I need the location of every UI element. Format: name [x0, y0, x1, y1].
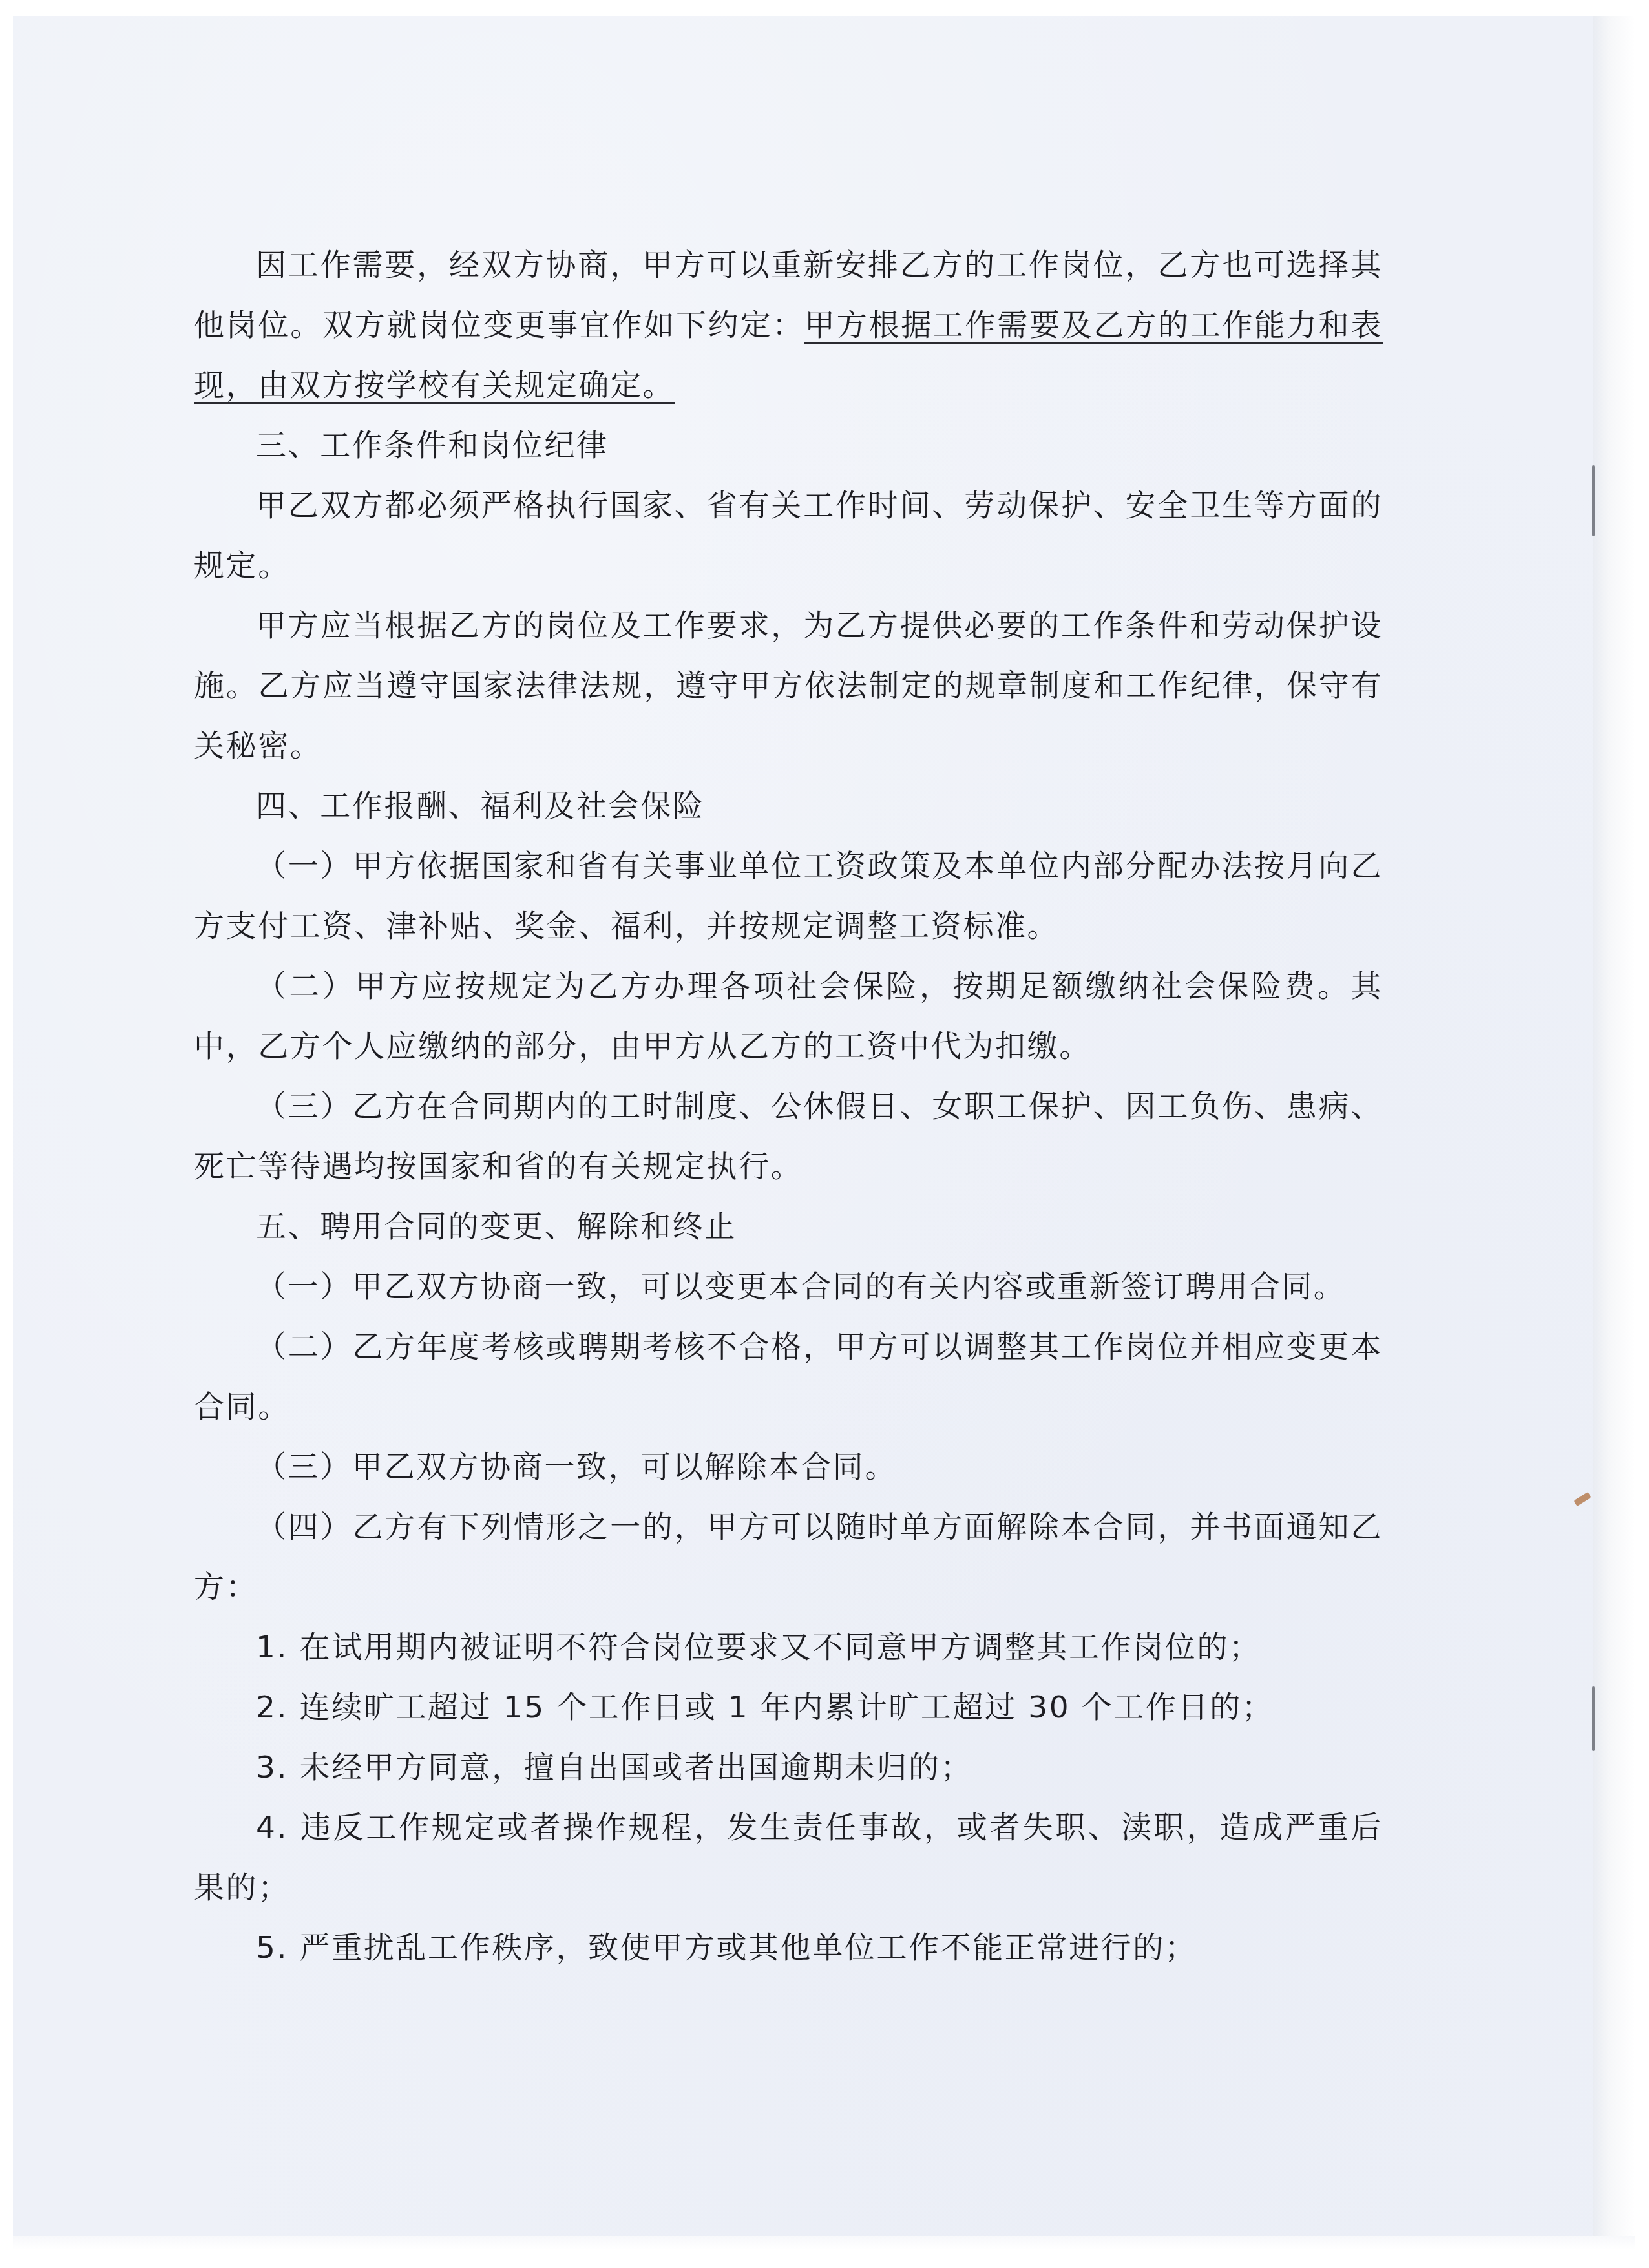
paragraph: （三）甲乙双方协商一致，可以解除本合同。 — [194, 1437, 1383, 1497]
list-item: 3. 未经甲方同意，擅自出国或者出国逾期未归的； — [194, 1738, 1383, 1798]
paragraph: （一）甲乙双方协商一致，可以变更本合同的有关内容或重新签订聘用合同。 — [194, 1257, 1383, 1317]
section-heading-5: 五、聘用合同的变更、解除和终止 — [194, 1197, 1383, 1257]
paragraph: （二）甲方应按规定为乙方办理各项社会保险，按期足额缴纳社会保险费。其中，乙方个人… — [194, 956, 1383, 1076]
section-heading-3: 三、工作条件和岗位纪律 — [194, 415, 1383, 476]
list-item: 4. 违反工作规定或者操作规程，发生责任事故，或者失职、渎职，造成严重后果的； — [194, 1798, 1383, 1918]
staple-icon — [1592, 465, 1595, 536]
list-item: 2. 连续旷工超过 15 个工作日或 1 年内累计旷工超过 30 个工作日的； — [194, 1677, 1383, 1738]
paragraph: （四）乙方有下列情形之一的，甲方可以随时单方面解除本合同，并书面通知乙方： — [194, 1497, 1383, 1617]
list-item: 1. 在试用期内被证明不符合岗位要求又不同意甲方调整其工作岗位的； — [194, 1617, 1383, 1677]
paragraph: （三）乙方在合同期内的工时制度、公休假日、女职工保护、因工负伤、患病、死亡等待遇… — [194, 1076, 1383, 1197]
staple-icon — [1592, 1686, 1595, 1751]
paragraph: 甲乙双方都必须严格执行国家、省有关工作时间、劳动保护、安全卫生等方面的规定。 — [194, 476, 1383, 596]
paragraph: （二）乙方年度考核或聘期考核不合格，甲方可以调整其工作岗位并相应变更本合同。 — [194, 1317, 1383, 1437]
position-change-paragraph: 因工作需要，经双方协商，甲方可以重新安排乙方的工作岗位，乙方也可选择其他岗位。双… — [194, 235, 1383, 415]
document-body: 因工作需要，经双方协商，甲方可以重新安排乙方的工作岗位，乙方也可选择其他岗位。双… — [194, 235, 1383, 1978]
list-item: 5. 严重扰乱工作秩序，致使甲方或其他单位工作不能正常进行的； — [194, 1918, 1383, 1978]
section-heading-4: 四、工作报酬、福利及社会保险 — [194, 776, 1383, 836]
page-bottom-edge — [13, 2236, 1635, 2250]
paragraph: 甲方应当根据乙方的岗位及工作要求，为乙方提供必要的工作条件和劳动保护设施。乙方应… — [194, 596, 1383, 776]
page-edge-shadow — [1593, 16, 1635, 2240]
paragraph: （一）甲方依据国家和省有关事业单位工资政策及本单位内部分配办法按月向乙方支付工资… — [194, 836, 1383, 956]
